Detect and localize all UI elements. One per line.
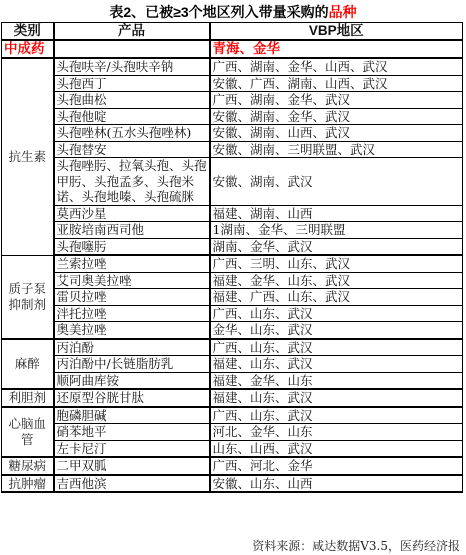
category-cell: 糖尿病 bbox=[2, 457, 54, 475]
product-cell: 头孢曲松 bbox=[54, 92, 210, 109]
table-row: 雷贝拉唑 福建、广西、山东、武汉 bbox=[2, 289, 463, 306]
product-cell: 头孢他啶 bbox=[54, 108, 210, 125]
category-cell: 抗肿瘤 bbox=[2, 475, 54, 493]
product-cell: 雷贝拉唑 bbox=[54, 289, 210, 306]
regions-cell: 广西、河北、金华 bbox=[210, 457, 463, 475]
regions-cell: 安徽、湖南、山西、武汉 bbox=[210, 125, 463, 142]
table-row: 亚胺培南西司他 1湖南、金华、三明联盟 bbox=[2, 222, 463, 239]
table-row: 头孢唑肟、拉氧头孢、头孢甲肟、头孢孟多、头孢米诺、头孢地嗪、头孢硫脒 安徽、湖南… bbox=[2, 158, 463, 206]
tcm-product bbox=[54, 40, 210, 58]
regions-cell: 广西、湖南、金华、武汉 bbox=[210, 92, 463, 109]
table-row: 泮托拉唑 广西、山东、武汉 bbox=[2, 305, 463, 322]
regions-cell: 安徽、山东、山西 bbox=[210, 475, 463, 493]
product-cell: 莫西沙星 bbox=[54, 205, 210, 222]
product-cell: 泮托拉唑 bbox=[54, 305, 210, 322]
regions-cell: 湖南、金华、武汉 bbox=[210, 238, 463, 255]
header-category: 类别 bbox=[2, 23, 54, 41]
regions-cell: 广西、湖南、金华、山西、武汉 bbox=[210, 58, 463, 75]
table-row: 头孢西丁 安徽、广西、湖南、山西、武汉 bbox=[2, 75, 463, 92]
regions-cell: 广西、山东、武汉 bbox=[210, 339, 463, 356]
table-row: 抗肿瘤 吉西他滨 安徽、山东、山西 bbox=[2, 475, 463, 493]
regions-cell: 广西、山东、武汉 bbox=[210, 407, 463, 424]
header-product: 产品 bbox=[54, 23, 210, 41]
product-cell: 艾司奥美拉唑 bbox=[54, 272, 210, 289]
product-cell: 头孢西丁 bbox=[54, 75, 210, 92]
regions-cell: 福建、金华、山东 bbox=[210, 372, 463, 389]
regions-cell: 河北、金华、山东 bbox=[210, 424, 463, 441]
regions-cell: 山东、山西、武汉 bbox=[210, 440, 463, 457]
product-cell: 头孢呋辛/头孢呋辛钠 bbox=[54, 58, 210, 75]
title-prefix: 表2、已被≥3个地区列入带量采购的 bbox=[109, 4, 328, 20]
product-cell: 头孢唑肟、拉氧头孢、头孢甲肟、头孢孟多、头孢米诺、头孢地嗪、头孢硫脒 bbox=[54, 158, 210, 206]
product-cell: 头孢唑林(五水头孢唑林) bbox=[54, 125, 210, 142]
regions-cell: 安徽、湖南、金华、武汉 bbox=[210, 108, 463, 125]
regions-cell: 1湖南、金华、三明联盟 bbox=[210, 222, 463, 239]
table-row: 头孢噻肟 湖南、金华、武汉 bbox=[2, 238, 463, 255]
category-cell: 麻醉 bbox=[2, 339, 54, 390]
header-row: 类别 产品 VBP地区 bbox=[2, 23, 463, 41]
regions-cell: 安徽、湖南、三明联盟、武汉 bbox=[210, 141, 463, 158]
regions-cell: 福建、金华、山东、武汉 bbox=[210, 272, 463, 289]
table-row-tcm: 中成药 青海、金华 bbox=[2, 40, 463, 58]
table-row: 心脑血管 胞磷胆碱 广西、山东、武汉 bbox=[2, 407, 463, 424]
table-row: 莫西沙星 福建、湖南、山西 bbox=[2, 205, 463, 222]
category-cell: 心脑血管 bbox=[2, 407, 54, 458]
product-cell: 二甲双胍 bbox=[54, 457, 210, 475]
table-row: 硝苯地平 河北、金华、山东 bbox=[2, 424, 463, 441]
table-row: 左卡尼汀 山东、山西、武汉 bbox=[2, 440, 463, 457]
product-cell: 左卡尼汀 bbox=[54, 440, 210, 457]
regions-cell: 福建、湖南、山西 bbox=[210, 205, 463, 222]
regions-cell: 福建、广西、山东、武汉 bbox=[210, 289, 463, 306]
table-row: 糖尿病 二甲双胍 广西、河北、金华 bbox=[2, 457, 463, 475]
product-cell: 头孢噻肟 bbox=[54, 238, 210, 255]
product-cell: 吉西他滨 bbox=[54, 475, 210, 493]
table-row: 质子泵抑制剂 兰索拉唑 广西、三明、山东、武汉 bbox=[2, 255, 463, 272]
product-cell: 丙泊酚中/长链脂肪乳 bbox=[54, 356, 210, 373]
table-row: 抗生素 头孢呋辛/头孢呋辛钠 广西、湖南、金华、山西、武汉 bbox=[2, 58, 463, 75]
vbp-table: 类别 产品 VBP地区 中成药 青海、金华 抗生素 头孢呋辛/头孢呋辛钠 广西、… bbox=[1, 22, 463, 493]
regions-cell: 金华、山东、武汉 bbox=[210, 322, 463, 339]
product-cell: 奥美拉唑 bbox=[54, 322, 210, 339]
table-row: 艾司奥美拉唑 福建、金华、山东、武汉 bbox=[2, 272, 463, 289]
regions-cell: 福建、山东、武汉 bbox=[210, 389, 463, 407]
product-cell: 头孢替安 bbox=[54, 141, 210, 158]
tcm-regions: 青海、金华 bbox=[210, 40, 463, 58]
table-row: 麻醉 丙泊酚 广西、山东、武汉 bbox=[2, 339, 463, 356]
regions-cell: 安徽、湖南、武汉 bbox=[210, 158, 463, 206]
table-row: 丙泊酚中/长链脂肪乳 福建、山东、武汉 bbox=[2, 356, 463, 373]
header-regions: VBP地区 bbox=[210, 23, 463, 41]
table-row: 头孢他啶 安徽、湖南、金华、武汉 bbox=[2, 108, 463, 125]
product-cell: 硝苯地平 bbox=[54, 424, 210, 441]
table-title: 表2、已被≥3个地区列入带量采购的品种 bbox=[0, 3, 466, 21]
table-row: 利胆剂 还原型谷胱甘肽 福建、山东、武汉 bbox=[2, 389, 463, 407]
table-row: 头孢唑林(五水头孢唑林) 安徽、湖南、山西、武汉 bbox=[2, 125, 463, 142]
title-highlight: 品种 bbox=[329, 4, 357, 20]
category-cell: 抗生素 bbox=[2, 58, 54, 255]
table-row: 头孢曲松 广西、湖南、金华、武汉 bbox=[2, 92, 463, 109]
source-note: 资料来源：咸达数据V3.5，医药经济报 bbox=[252, 539, 460, 554]
table-row: 顺阿曲库铵 福建、金华、山东 bbox=[2, 372, 463, 389]
category-cell: 质子泵抑制剂 bbox=[2, 255, 54, 339]
table-row: 奥美拉唑 金华、山东、武汉 bbox=[2, 322, 463, 339]
regions-cell: 福建、山东、武汉 bbox=[210, 356, 463, 373]
category-cell: 利胆剂 bbox=[2, 389, 54, 407]
product-cell: 兰索拉唑 bbox=[54, 255, 210, 272]
regions-cell: 广西、山东、武汉 bbox=[210, 305, 463, 322]
product-cell: 还原型谷胱甘肽 bbox=[54, 389, 210, 407]
table-row: 头孢替安 安徽、湖南、三明联盟、武汉 bbox=[2, 141, 463, 158]
product-cell: 亚胺培南西司他 bbox=[54, 222, 210, 239]
product-cell: 顺阿曲库铵 bbox=[54, 372, 210, 389]
regions-cell: 安徽、广西、湖南、山西、武汉 bbox=[210, 75, 463, 92]
tcm-category: 中成药 bbox=[2, 40, 54, 58]
product-cell: 丙泊酚 bbox=[54, 339, 210, 356]
product-cell: 胞磷胆碱 bbox=[54, 407, 210, 424]
regions-cell: 广西、三明、山东、武汉 bbox=[210, 255, 463, 272]
